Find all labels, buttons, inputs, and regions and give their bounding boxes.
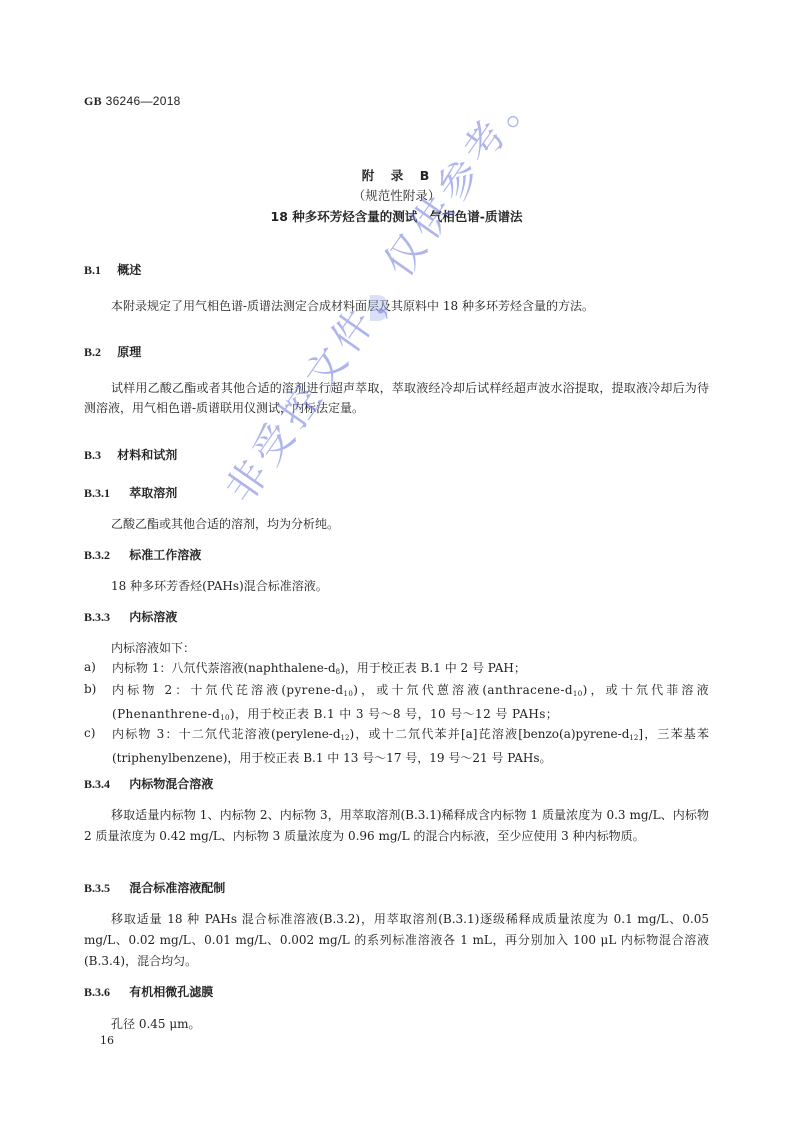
watermark-text: 非受控文件，仅供参考。 xyxy=(210,66,547,513)
item-text: )，或十二氘代苯并[a]芘溶液[benzo(a)pyrene-d xyxy=(349,727,629,741)
subscript: 10 xyxy=(220,714,230,722)
page-number: 16 xyxy=(100,1034,114,1047)
subscript: 12 xyxy=(629,734,638,742)
section-text-b32: 18 种多环芳香烃(PAHs)混合标准溶液。 xyxy=(84,576,709,596)
subscript: 10 xyxy=(344,690,354,698)
section-text-b31: 乙酸乙酯或其他合适的溶剂，均为分析纯。 xyxy=(84,514,709,534)
section-heading-b32: B.3.2 标准工作溶液 xyxy=(84,546,201,563)
section-title: 材料和试剂 xyxy=(117,448,177,462)
list-item-c: 内标物 3：十二氘代苝溶液(perylene-d12)，或十二氘代苯并[a]芘溶… xyxy=(112,724,709,768)
item-text: 内标物 1：八氘代萘溶液(naphthalene-d xyxy=(112,661,336,675)
section-title: 萃取溶剂 xyxy=(129,486,177,500)
appendix-title: 附 录 B xyxy=(0,166,793,184)
list-item-marker: c) xyxy=(84,726,95,740)
section-number: B.1 xyxy=(84,263,113,278)
section-title: 有机相微孔滤膜 xyxy=(129,985,213,999)
item-text: )，用于校正表 B.1 中 3 号～8 号，10 号～12 号 PAHs； xyxy=(230,707,558,721)
subscript: 10 xyxy=(573,690,583,698)
section-heading-b3: B.3 材料和试剂 xyxy=(84,446,177,463)
item-text: 内标物 3：十二氘代苝溶液(perylene-d xyxy=(112,727,341,741)
section-text-b1: 本附录规定了用气相色谱-质谱法测定合成材料面层及其原料中 18 种多环芳烃含量的… xyxy=(84,296,709,316)
section-number: B.3 xyxy=(84,448,113,463)
item-text: )，用于校正表 B.1 中 2 号 PAH； xyxy=(340,661,526,675)
list-item-marker: a) xyxy=(84,660,96,674)
section-heading-b36: B.3.6 有机相微孔滤膜 xyxy=(84,983,213,1000)
section-heading-b31: B.3.1 萃取溶剂 xyxy=(84,484,177,501)
section-title: 混合标准溶液配制 xyxy=(129,881,225,895)
section-heading-b35: B.3.5 混合标准溶液配制 xyxy=(84,879,225,896)
appendix-subtitle: （规范性附录） xyxy=(0,186,793,204)
section-heading-b33: B.3.3 内标溶液 xyxy=(84,608,177,625)
list-item-a: 内标物 1：八氘代萘溶液(naphthalene-d8)，用于校正表 B.1 中… xyxy=(112,658,709,682)
standard-prefix: GB xyxy=(84,94,102,108)
item-text: 内标物 2：十氘代芘溶液(pyrene-d xyxy=(112,683,344,697)
section-title: 原理 xyxy=(117,345,141,359)
standard-number-header: GB 36246—2018 xyxy=(84,94,181,109)
section-text-b36: 孔径 0.45 μm。 xyxy=(84,1014,709,1034)
list-item-b: 内标物 2：十氘代芘溶液(pyrene-d10)，或十氘代蒽溶液(anthrac… xyxy=(112,680,709,728)
section-title: 内标物混合溶液 xyxy=(129,777,213,791)
internal-standard-intro: 内标溶液如下： xyxy=(84,638,709,658)
section-heading-b1: B.1 概述 xyxy=(84,261,141,278)
list-item-marker: b) xyxy=(84,682,96,696)
section-number: B.2 xyxy=(84,345,113,360)
section-heading-b34: B.3.4 内标物混合溶液 xyxy=(84,775,213,792)
section-text-b34: 移取适量内标物 1、内标物 2、内标物 3，用萃取溶剂(B.3.1)稀释成含内标… xyxy=(84,805,709,847)
appendix-heading: 18 种多环芳烃含量的测试 气相色谱-质谱法 xyxy=(0,207,793,225)
section-number: B.3.6 xyxy=(84,985,125,1000)
section-heading-b2: B.2 原理 xyxy=(84,343,141,360)
section-title: 标准工作溶液 xyxy=(129,548,201,562)
document-page: GB 36246—2018 附 录 B （规范性附录） 18 种多环芳烃含量的测… xyxy=(0,0,793,1122)
section-number: B.3.3 xyxy=(84,610,125,625)
section-number: B.3.5 xyxy=(84,881,125,896)
section-number: B.3.4 xyxy=(84,777,125,792)
section-text-b35: 移取适量 18 种 PAHs 混合标准溶液(B.3.2)，用萃取溶剂(B.3.1… xyxy=(84,909,709,972)
section-title: 内标溶液 xyxy=(129,610,177,624)
section-text-b2: 试样用乙酸乙酯或者其他合适的溶剂进行超声萃取，萃取液经冷却后试样经超声波水浴提取… xyxy=(84,378,709,418)
section-number: B.3.1 xyxy=(84,486,125,501)
section-number: B.3.2 xyxy=(84,548,125,563)
section-title: 概述 xyxy=(117,263,141,277)
item-text: )，或十氘代蒽溶液(anthracene-d xyxy=(353,683,573,697)
standard-number: 36246—2018 xyxy=(106,94,181,108)
watermark-logo xyxy=(370,295,388,321)
